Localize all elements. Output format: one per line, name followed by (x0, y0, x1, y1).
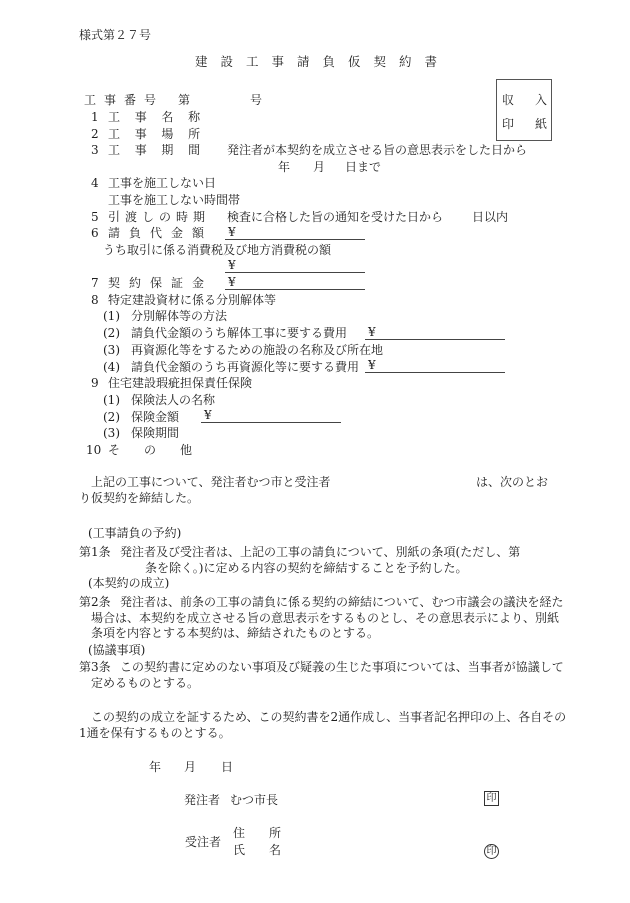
preamble-text: り仮契約を締結した。 (79, 491, 199, 505)
item-label-work-location: 工事場所 (108, 127, 215, 141)
sub-item-number: (3) (103, 426, 120, 440)
sub-item-number: (4) (103, 360, 120, 374)
item-number: 6 (91, 226, 99, 240)
sub-item-label: 再資源化等をするための施設の名称及び所在地 (131, 343, 383, 357)
item-label-demolition: 特定建設資材に係る分別解体等 (108, 293, 276, 307)
item-number: 5 (91, 210, 99, 224)
yen-sign: ¥ (368, 325, 376, 339)
name-label-char: 名 (269, 843, 281, 857)
address-label-char: 所 (269, 826, 281, 840)
article-text: 条を除く。)に定める内容の契約を締結することを予約した。 (145, 561, 467, 575)
item-number: 2 (91, 127, 99, 141)
insurance-amount-field: ¥ (201, 408, 341, 423)
article-number: 第3条 (79, 660, 111, 674)
item-label-delivery-time: 引渡しの時期 (108, 210, 210, 224)
item-number: 10 (86, 443, 101, 457)
preamble-text: 上記の工事について、発注者むつ市と受注者 (91, 475, 331, 489)
sub-item-number: (1) (103, 309, 120, 323)
demolition-cost-field: ¥ (365, 325, 505, 340)
work-number-label: 工事番号 (84, 93, 164, 107)
article-heading: (協議事項) (88, 643, 145, 657)
item-number: 9 (91, 376, 99, 390)
name-label-char: 氏 (233, 843, 245, 857)
item-label-insurance: 住宅建設瑕疵担保責任保険 (108, 376, 252, 390)
revenue-stamp-box: 収 入 印 紙 (496, 79, 552, 141)
date-year: 年 (149, 760, 161, 774)
orderer-label: 発注者 (184, 793, 220, 807)
sub-item-label: 請負代金額のうち再資源化等に要する費用 (131, 360, 359, 374)
period-year: 年 (278, 160, 290, 174)
item-number: 3 (91, 143, 99, 157)
period-until: 日まで (345, 160, 381, 174)
item-label-contract-amount: 請負代金額 (108, 226, 213, 240)
sub-item-number: (2) (103, 326, 120, 340)
stamp-char: 紙 (535, 117, 547, 131)
article-text: 条項を内容とする本契約は、締結されたものとする。 (91, 626, 379, 640)
article-text: 場合は、本契約を成立させる旨の意思表示をするものとし、その意思表示により、別紙 (91, 611, 559, 625)
article-number: 第2条 (79, 595, 111, 609)
address-label-char: 住 (233, 826, 245, 840)
sub-item-label: 保険法人の名称 (131, 393, 215, 407)
preamble-text: は、次のとお (476, 475, 548, 489)
sub-item-label: 保険期間 (131, 426, 179, 440)
article-heading: (工事請負の予約) (88, 526, 181, 540)
date-day: 日 (221, 760, 233, 774)
article-text: 発注者は、前条の工事の請負に係る契約の締結について、むつ市議会の議決を経た (120, 595, 564, 609)
yen-sign: ¥ (368, 358, 376, 372)
item-label-work-period: 工事期間 (108, 143, 215, 157)
work-number-prefix: 第 (178, 93, 190, 107)
period-month: 月 (313, 160, 325, 174)
article-text: 定めるものとする。 (91, 676, 199, 690)
tax-amount-field: ¥ (225, 258, 365, 273)
date-month: 月 (184, 760, 196, 774)
stamp-char: 印 (502, 117, 514, 131)
tax-amount-label: うち取引に係る消費税及び地方消費税の額 (103, 243, 331, 257)
item-label-non-work-days: 工事を施工しない日 (108, 176, 216, 190)
item-label-non-work-hours: 工事を施工しない時間帯 (108, 193, 240, 207)
sub-item-label: 保険金額 (131, 410, 179, 424)
square-seal-icon: 印 (484, 791, 499, 806)
contractor-label: 受注者 (185, 835, 221, 849)
delivery-time-suffix: 日以内 (472, 210, 508, 224)
article-heading: (本契約の成立) (88, 576, 169, 590)
closing-text: 1通を保有するものとする。 (79, 726, 231, 740)
article-number: 第1条 (79, 545, 111, 559)
contract-deposit-field: ¥ (225, 275, 365, 290)
sub-item-number: (1) (103, 393, 120, 407)
work-number-suffix: 号 (250, 93, 262, 107)
item-number: 8 (91, 293, 99, 307)
sub-item-label: 分別解体等の方法 (131, 309, 227, 323)
recycling-cost-field: ¥ (365, 358, 505, 373)
item-number: 1 (91, 110, 99, 124)
yen-sign: ¥ (228, 225, 236, 239)
yen-sign: ¥ (204, 408, 212, 422)
stamp-char: 入 (535, 93, 547, 107)
orderer-name: むつ市長 (230, 793, 278, 807)
item-number: 7 (91, 276, 99, 290)
document-title: 建設工事請負仮契約書 (195, 55, 450, 69)
article-text: この契約書に定めのない事項及び疑義の生じた事項については、当事者が協議して (120, 660, 564, 674)
contract-amount-field: ¥ (225, 225, 365, 240)
work-period-start: 発注者が本契約を成立させる旨の意思表示をした日から (227, 143, 527, 157)
form-number: 様式第２７号 (79, 28, 151, 42)
sub-item-number: (2) (103, 410, 120, 424)
sub-item-number: (3) (103, 343, 120, 357)
yen-sign: ¥ (228, 275, 236, 289)
sub-item-label: 請負代金額のうち解体工事に要する費用 (131, 326, 347, 340)
item-number: 4 (91, 176, 99, 190)
item-label-contract-deposit: 契約保証金 (108, 276, 213, 290)
circle-seal-icon: 印 (484, 844, 499, 859)
item-label-other: その他 (108, 443, 216, 457)
item-label-work-name: 工事名称 (108, 110, 215, 124)
stamp-char: 収 (502, 93, 514, 107)
closing-text: この契約の成立を証するため、この契約書を2通作成し、当事者記名押印の上、各自その (91, 710, 566, 724)
article-text: 発注者及び受注者は、上記の工事の請負について、別紙の条項(ただし、第 (120, 545, 520, 559)
yen-sign: ¥ (228, 258, 236, 272)
delivery-time-text: 検査に合格した旨の通知を受けた日から (227, 210, 443, 224)
